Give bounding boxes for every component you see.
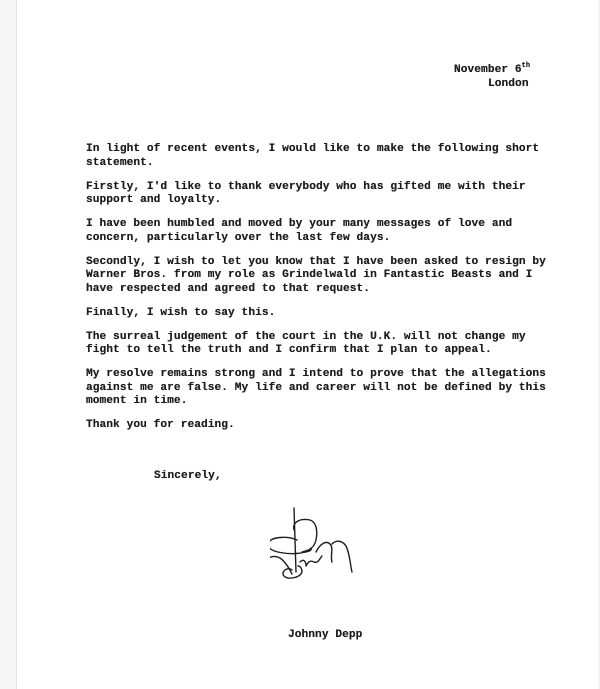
letter-body: In light of recent events, I would like … <box>86 143 556 443</box>
date-ordinal-suffix: th <box>522 62 531 70</box>
paragraph-thanks: Firstly, I'd like to thank everybody who… <box>86 181 556 208</box>
paragraph-resignation: Secondly, I wish to let you know that I … <box>86 256 556 297</box>
left-margin-strip <box>0 0 17 689</box>
paragraph-resolve: My resolve remains strong and I intend t… <box>86 368 556 409</box>
letter-place: London <box>488 78 529 92</box>
handwritten-signature-icon <box>270 500 400 595</box>
signatory-name: Johnny Depp <box>288 629 362 643</box>
paragraph-humbled: I have been humbled and moved by your ma… <box>86 218 556 245</box>
paragraph-appeal: The surreal judgement of the court in th… <box>86 331 556 358</box>
date-month-day: November 6 <box>454 64 522 76</box>
letter-closing: Sincerely, <box>154 470 222 484</box>
letter-page: November 6th London In light of recent e… <box>18 0 598 689</box>
paragraph-finally: Finally, I wish to say this. <box>86 307 556 321</box>
paragraph-intro: In light of recent events, I would like … <box>86 143 556 170</box>
paragraph-thank-you: Thank you for reading. <box>86 419 556 433</box>
letter-date: November 6th <box>454 64 530 78</box>
